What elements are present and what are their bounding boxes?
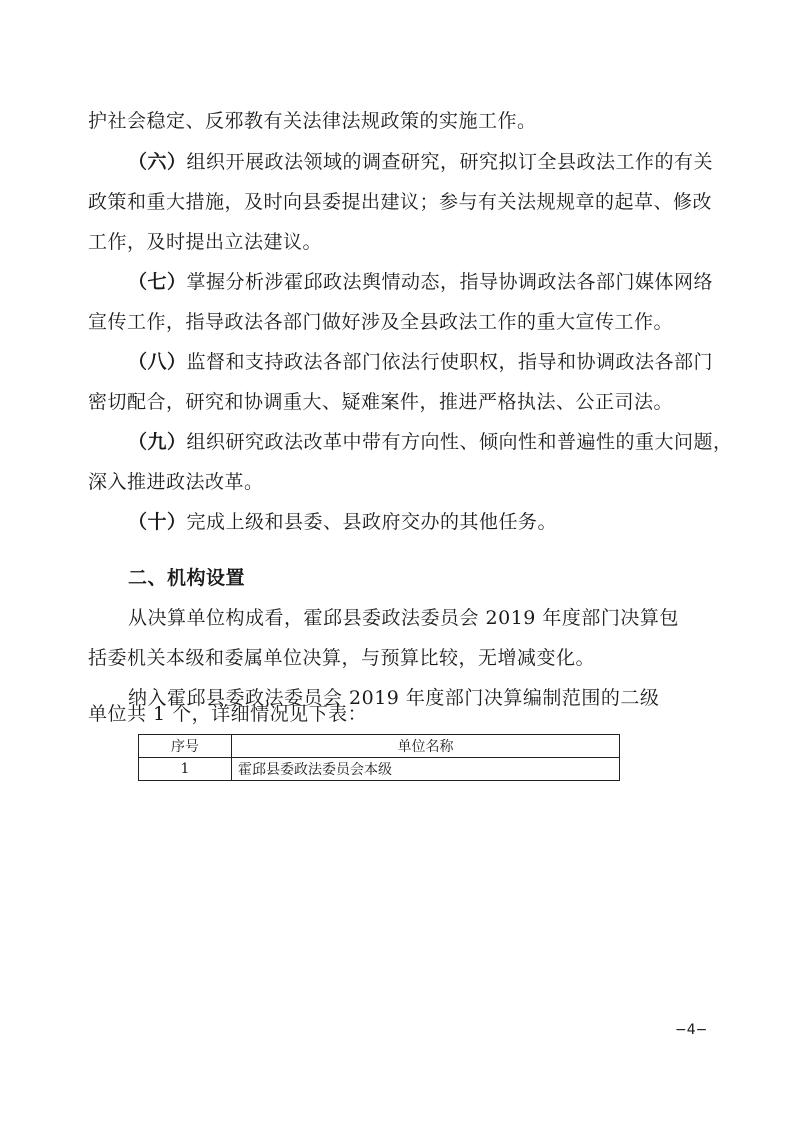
units-table: 序号 单位名称 1 霍邱县委政法委员会本级 [138, 734, 620, 781]
paragraph-line: 宣传工作，指导政法各部门做好涉及全县政法工作的重大宣传工作。 [88, 310, 673, 334]
paragraph-line: 单位共 1 个，详细情况见下表： [88, 702, 367, 726]
column-header-index: 序号 [139, 735, 232, 758]
item-number: （八） [128, 351, 187, 373]
paragraph-line: 从决算单位构成看，霍邱县委政法委员会 2019 年度部门决算包 [128, 606, 679, 630]
paragraph-line: 组织开展政法领域的调查研究，研究拟订全县政法工作的有关 [187, 151, 714, 173]
column-header-unit-name: 单位名称 [232, 735, 620, 758]
item-number: （七） [128, 271, 187, 293]
table-header-row: 序号 单位名称 [139, 735, 620, 758]
paragraph-line: 政策和重大措施，及时向县委提出建议；参与有关法规规章的起草、修改 [88, 190, 712, 214]
cell-unit-name: 霍邱县委政法委员会本级 [232, 758, 620, 781]
paragraph-item-9: （九）组织研究政法改革中带有方向性、倾向性和普遍性的重大问题， [128, 430, 733, 454]
item-number: （十） [128, 511, 187, 533]
item-number: （六） [128, 151, 187, 173]
paragraph-line: 组织研究政法改革中带有方向性、倾向性和普遍性的重大问题， [187, 431, 733, 453]
page-number: −4− [675, 1022, 707, 1038]
paragraph-line: 深入推进政法改革。 [88, 470, 264, 494]
paragraph-item-6: （六）组织开展政法领域的调查研究，研究拟订全县政法工作的有关 [128, 150, 713, 174]
paragraph-line: 密切配合，研究和协调重大、疑难案件，推进严格执法、公正司法。 [88, 390, 673, 414]
paragraph-line: 工作，及时提出立法建议。 [88, 230, 322, 254]
section-heading: 二、机构设置 [128, 566, 245, 590]
item-number: （九） [128, 431, 187, 453]
paragraph-item-7: （七）掌握分析涉霍邱政法舆情动态，指导协调政法各部门媒体网络 [128, 270, 713, 294]
paragraph-line: 括委机关本级和委属单位决算，与预算比较，无增减变化。 [88, 646, 595, 670]
paragraph-line: 监督和支持政法各部门依法行使职权，指导和协调政法各部门 [187, 351, 714, 373]
paragraph-line: 掌握分析涉霍邱政法舆情动态，指导协调政法各部门媒体网络 [187, 271, 714, 293]
paragraph-item-10: （十）完成上级和县委、县政府交办的其他任务。 [128, 510, 557, 534]
paragraph-line: 完成上级和县委、县政府交办的其他任务。 [187, 511, 558, 533]
cell-index: 1 [139, 758, 232, 781]
paragraph-item-8: （八）监督和支持政法各部门依法行使职权，指导和协调政法各部门 [128, 350, 713, 374]
table-row: 1 霍邱县委政法委员会本级 [139, 758, 620, 781]
paragraph-line: 护社会稳定、反邪教有关法律法规政策的实施工作。 [88, 109, 537, 133]
